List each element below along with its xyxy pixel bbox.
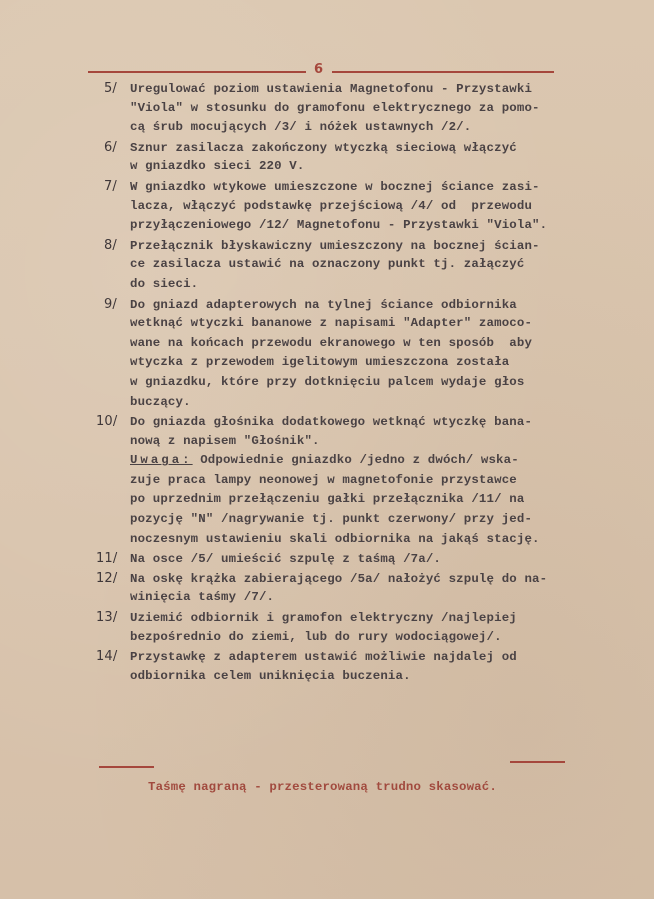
item-number: 8/ [104, 236, 130, 256]
item-number: 10/ [96, 412, 130, 432]
item-number: 11/ [96, 549, 130, 569]
instruction-item-14: 14/Przystawkę z adapterem ustawić możliw… [104, 647, 584, 686]
instruction-item-12: 12/Na oskę krążka zabierającego /5a/ nał… [104, 569, 584, 608]
instruction-item-13: 13/Uziemić odbiornik i gramofon elektryc… [104, 608, 584, 647]
item-text-line: Na oskę krążka zabierającego /5a/ nałoży… [130, 572, 547, 586]
item-text-line: Przełącznik błyskawiczny umieszczony na … [130, 239, 540, 253]
item-text-line: cą śrub mocujących /3/ i nóżek ustawnych… [130, 120, 471, 134]
item-number: 14/ [96, 647, 130, 667]
instruction-item-6: 6/Sznur zasilacza zakończony wtyczką sie… [104, 138, 584, 177]
item-text-line: ce zasilacza ustawić na oznaczony punkt … [130, 257, 524, 271]
note-text-line: noczesnym ustawieniu skali odbiornika na… [130, 532, 540, 546]
item-number: 5/ [104, 79, 130, 99]
item-text-line: do sieci. [130, 277, 198, 291]
item-text-line: wetknąć wtyczki bananowe z napisami "Ada… [130, 316, 532, 330]
footer-warning-note: Taśmę nagraną - przesterowaną trudno ska… [148, 780, 497, 794]
instruction-item-11: 11/Na osce /5/ umieścić szpulę z taśmą /… [104, 549, 584, 569]
instruction-list: 5/Uregulować poziom ustawienia Magnetofo… [104, 79, 584, 686]
item-text-line: przyłączeniowego /12/ Magnetofonu - Przy… [130, 218, 547, 232]
item-text-line: lacza, włączyć podstawkę przejściową /4/… [130, 199, 532, 213]
footer-rule-left [99, 766, 154, 768]
item-number: 6/ [104, 138, 130, 158]
item-number: 13/ [96, 608, 130, 628]
item-text-line: winięcia taśmy /7/. [130, 590, 274, 604]
item-text-line: Na osce /5/ umieścić szpulę z taśmą /7a/… [130, 552, 441, 566]
note-text-line: po uprzednim przełączeniu gałki przełącz… [130, 492, 524, 506]
header-rule-right [332, 71, 554, 73]
header-rule: 6 [88, 62, 552, 78]
footer-rule-right [510, 761, 565, 763]
note-label: Uwaga: [130, 453, 193, 467]
item-text-line: Sznur zasilacza zakończony wtyczką sieci… [130, 141, 517, 155]
note-text-line: pozycję "N" /nagrywanie tj. punkt czerwo… [130, 512, 532, 526]
item-text-line: Przystawkę z adapterem ustawić możliwie … [130, 650, 517, 664]
item-text-line: odbiornika celem uniknięcia buczenia. [130, 669, 411, 683]
instruction-item-9: 9/Do gniazd adapterowych na tylnej ścian… [104, 295, 584, 413]
item-text-line: w gniazdko sieci 220 V. [130, 159, 304, 173]
item-number: 9/ [104, 295, 130, 315]
item-text-line: Uziemić odbiornik i gramofon elektryczny… [130, 611, 517, 625]
item-text-line: wtyczka z przewodem igelitowym umieszczo… [130, 355, 509, 369]
item-text-line: Uregulować poziom ustawienia Magnetofonu… [130, 82, 532, 96]
item-text-line: wane na końcach przewodu ekranowego w te… [130, 336, 532, 350]
document-page: 6 5/Uregulować poziom ustawienia Magneto… [0, 0, 654, 899]
item-number: 12/ [96, 569, 130, 589]
item-text-line: "Viola" w stosunku do gramofonu elektryc… [130, 101, 540, 115]
instruction-item-5: 5/Uregulować poziom ustawienia Magnetofo… [104, 79, 584, 138]
instruction-item-10: 10/Do gniazda głośnika dodatkowego wetkn… [104, 412, 584, 549]
item-text-line: W gniazdko wtykowe umieszczone w bocznej… [130, 180, 540, 194]
item-text-line: nową z napisem "Głośnik". [130, 434, 320, 448]
item-text-line: bezpośrednio do ziemi, lub do rury wodoc… [130, 630, 502, 644]
item-text-line: Do gniazda głośnika dodatkowego wetknąć … [130, 415, 532, 429]
item-text-line: Do gniazd adapterowych na tylnej ściance… [130, 298, 517, 312]
instruction-item-8: 8/Przełącznik błyskawiczny umieszczony n… [104, 236, 584, 295]
item-number: 7/ [104, 177, 130, 197]
note-text-line: Odpowiednie gniazdko /jedno z dwóch/ wsk… [193, 453, 519, 467]
item-text-line: buczący. [130, 395, 191, 409]
instruction-item-7: 7/W gniazdko wtykowe umieszczone w boczn… [104, 177, 584, 236]
item-text-line: w gniazdku, które przy dotknięciu palcem… [130, 375, 524, 389]
page-number: 6 [314, 62, 323, 77]
note-text-line: zuje praca lampy neonowej w magnetofonie… [130, 473, 517, 487]
header-rule-left [88, 71, 306, 73]
